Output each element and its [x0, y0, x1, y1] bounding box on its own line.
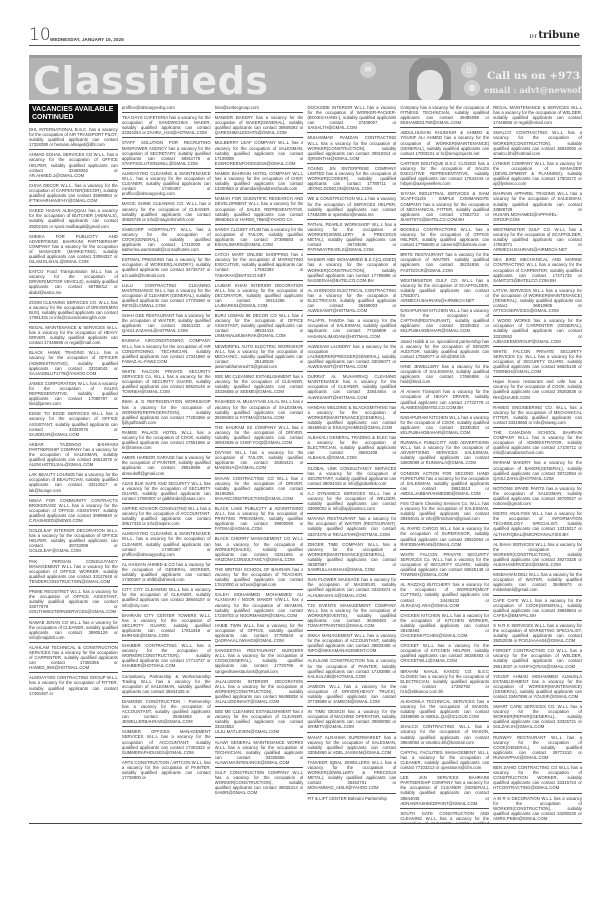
classified-ad: ALMOAYYED CLEANING & MAINTENANCE W.L.L. … — [122, 170, 211, 199]
classified-ad: MAYANA RESTAURANT has a vacancy for the … — [307, 515, 396, 539]
classified-ad: DHL INTERNATIONAL B.S.C. has a vacancy f… — [29, 126, 118, 150]
classified-ad: MUHAMMAD RAMZAN CONTRACTING W.L.L has a … — [307, 134, 396, 163]
classified-ad: AL SHONOOS ELECTRICAL CONTRACTING has a … — [307, 287, 396, 316]
classified-ad: HIND JEWELLERY has a vacancy for the occ… — [400, 363, 489, 387]
classified-ad: BLACK HAWK TRADING W.L.L has a vacancy f… — [29, 349, 118, 378]
classified-ad: Hajee house restaurant and cafe has a va… — [493, 378, 582, 402]
classified-ad: MANEER BAKERY has a vacancy for the occu… — [215, 114, 304, 138]
classified-ad: SHAH GEE RESTAURANT has a vacancy for th… — [122, 312, 211, 336]
classified-ad: NAMAH FOR SCIENTIFIC RESEARCH AND DEVELO… — [215, 195, 304, 224]
classified-ad: TANVEER IQBAL JEWELLERS W.L.L has a vaca… — [307, 759, 396, 794]
masthead: 10 WEDNESDAY, JANUARY 15, 2025 DTtribune — [29, 26, 580, 46]
classified-ad: ABDULHUSAIN KHUDHUR & AHMED & YOUSIF ALI… — [400, 129, 489, 158]
classified-ad: WHITE FALCON PRIVATE SECURITY SERVICES C… — [400, 551, 489, 580]
classified-ad: AMERI HARBOR GARAGE has a vacancy for th… — [122, 454, 211, 478]
classified-ad: SHAAN CONTRACTING CO W.L.L has a vacancy… — [215, 475, 304, 504]
classified-ad: SUN FLOWER MASSAGE has a vacancy for the… — [307, 576, 396, 600]
classified-ad: NASSER ABD MOHAMMED B.S.C(CLOSED) has a … — [307, 256, 396, 285]
classified-ad: First Charm Cleaning Services Co. W.L.L … — [400, 500, 489, 524]
classified-ad: LATVIA SERVICES W.L.L has a vacancy for … — [493, 287, 582, 316]
classified-ad: JALALUDDIN INTERIOR DECORATION W.L.L has… — [215, 678, 304, 707]
classified-ad: NADAPURAM KITCHEN W.L.L has a vacancy fo… — [400, 414, 489, 438]
classified-ad: HABIB TWIN W.L.L has a vacancy for the o… — [215, 622, 304, 646]
classified-ad: LAJBAR KHAN INTERIOR DECORATION W.L.L ha… — [215, 282, 304, 311]
classified-ad: NAMEK BAHRAIN HOTEL COMPANY W.L.L has a … — [215, 170, 304, 194]
classified-ad: MARIAM BAKERY has a vacancy for the occu… — [493, 459, 582, 483]
classified-ad: A M R S DECORATION W.L.L has a vacancy f… — [493, 795, 582, 823]
call-us-text: Call us on +973 36458394 — [487, 70, 582, 82]
classified-ad: BLACK LAKE PUBLICITY & ADVERTISING W.L.L… — [215, 505, 304, 534]
phone-icon: ▯ — [461, 62, 477, 78]
classified-ad: YOUSIF AHMAD MOHAMMED ALMUSLA ESTABLISHM… — [493, 673, 582, 702]
page-date: WEDNESDAY, JANUARY 15, 2025 — [50, 37, 124, 42]
classified-ad: NADAPURAM KITCHEN W.L.L has a vacancy fo… — [400, 307, 489, 336]
column-5: Company has a vacancy for the occupation… — [400, 104, 489, 823]
classified-ad: CARTIER BOUTIQUE B.S.C CLOSED has a vaca… — [400, 160, 489, 189]
classified-ad: AL BAHA SERVICES W.L.L has a vacancy for… — [493, 541, 582, 570]
classified-ad: ALWESAM LAUNDRY has a vacancy for the oc… — [307, 343, 396, 372]
classified-ad: ALAWI GENERAL MAINTENANCE WORKS W.L.L ha… — [215, 739, 304, 768]
classified-ad: LEE JAN SERVICES BAHRAINI PARTNERSHIP CO… — [400, 774, 489, 809]
classified-ad: SIYANA INDUSTRIAL SERVICES & SIAM SCAFFO… — [400, 190, 489, 225]
classified-ad: S N R K SERVICES W.L.L has a vacancy for… — [493, 622, 582, 646]
classified-ad: TJS EVENTS MANAGEMENT COMPANY W.L.L has … — [307, 602, 396, 631]
classified-ad: RAMEE PALACE HOTEL W.L.L has a vacancy f… — [122, 429, 211, 453]
classified-ad: WHITE FALCON PRIVATE SECURITY SERVICES C… — [493, 348, 582, 377]
brand-prefix: DT — [529, 34, 537, 40]
classified-ad: RUNWALA PUBLICITY AND ADVERTISING W.L.L … — [400, 439, 489, 468]
classified-ad: SANGEETHA RESTAURANT BURGERS W.L.L has a… — [215, 647, 304, 676]
classified-ad: DOCKSIDE INTERIOR W.L.L has a vacancy fo… — [307, 104, 396, 133]
classified-ad: NOTIONS SPARE PARTS has a vacancy for th… — [493, 485, 582, 509]
classified-ad: SEE ME CLEANING ESTABLISHMENT has a vaca… — [215, 708, 304, 737]
classifieds-columns: VACANCIES AVAILABLE CONTINUED DHL INTERN… — [29, 104, 582, 824]
classified-ad: FORGET CONTRACTING CO W.L.L has a vacanc… — [493, 647, 582, 671]
classified-ad: BRITE RESTAURANT has a vacancy for the o… — [400, 251, 489, 275]
classified-ad: ZOOM CLEANING SERVICES CO. W.L.L has a v… — [29, 299, 118, 323]
classified-ad: MAHAT ALRAHMA SUPERMARKET has a vacancy … — [307, 734, 396, 758]
classified-ad: ALKULAIB CONSTRUCTION has a vacancy for … — [307, 657, 396, 681]
classified-ad: FIT & LIFT CENTER Bahraini Partnership — [307, 795, 396, 803]
classified-ad: REGAL MAINTENANCE & SERVICES W.L.L has a… — [493, 104, 582, 128]
classified-ad: CONDON ACTION FOR SECOND HAND FURNITURE … — [400, 470, 489, 499]
email-text: email : advt@newsofbahrain.com — [484, 86, 582, 96]
classified-ad: ALMOAYYED CONTRACTING GROUP W.L.L has a … — [29, 674, 118, 697]
classified-ad: AL RAFID CARGO W.L.L has a vacancy for t… — [400, 525, 489, 549]
classified-ad: INMA & G REFRIGERATION WORKSHOP has a va… — [122, 398, 211, 427]
brand-name: tribune — [538, 30, 580, 41]
classified-ad: SANDY CLOSET ATLIM has a vacancy for the… — [215, 226, 304, 250]
classified-ad: NEWDIRFEL AUTO ELECTRIC WORKSHOP W.L.L h… — [215, 343, 304, 372]
classified-ad: WESTMINSTER GULF CO. W.L.L has a vacancy… — [493, 226, 582, 255]
classified-ad: GULF CONSTRUCTION COMPANY W.L.L has a va… — [215, 769, 304, 797]
classified-ad: AHMAD SOHAIL SERVICES CO W.L.L. has a va… — [29, 151, 118, 180]
classified-ad: CHIVA DECOR W.L.L. has a vacancy for the… — [29, 182, 118, 206]
classified-ad: GLOBAL LINK CONSULTANCY SERVICES has a v… — [307, 465, 396, 489]
classified-ad: SUMMER OFFICES MANAGEMENT SERVICES W.L.L… — [122, 728, 211, 757]
classified-ad: ESTIMAL PRESSING has a vacancy for the o… — [122, 256, 211, 280]
classified-ad: GOLDLEAF INTERIOR DECORATION W.L.L has a… — [29, 527, 118, 556]
classified-ad: CITY CITY CLEANING W.L.L has a vacancy f… — [122, 586, 211, 610]
classified-ad: MISBAHIAN DELI W.L.L has a vacancy for t… — [493, 571, 582, 595]
classified-ad: ZINGER TIME COMPANY W.L.L has a vacancy … — [307, 541, 396, 576]
classified-ad: RAWEG ENGINEERING CO. W.L.L has a vacanc… — [493, 404, 582, 428]
avatar-illustration — [409, 56, 451, 100]
classified-ad: LAK BEAUTY LOUNGE has a vacancy for the … — [29, 471, 118, 495]
classified-ad: LULU CONTRACTING CLEANING MAINTENANCE W.… — [122, 282, 211, 311]
classified-ad: ALAHLAM TECHNICAL & CONSTRUCTION SERVICE… — [29, 644, 118, 673]
classified-ad: SHEIKA FOR PUBLICITY AND ADVERTISING BAH… — [29, 233, 118, 268]
column-6: REGAL MAINTENANCE & SERVICES W.L.L has a… — [493, 104, 582, 823]
column-1: VACANCIES AVAILABLE CONTINUED DHL INTERN… — [29, 104, 118, 823]
classified-ad: SHABBIR CONTRACTING W.L.L has a vacancy … — [122, 642, 211, 671]
classified-ad: REGAL MAINTENANCE & SERVICES W.L.L has a… — [29, 324, 118, 348]
classified-ad: BAHRAIN APPAREL TRADING W.L.L has a vaca… — [493, 190, 582, 225]
classified-ad: SOUTH GATE CONSTRUCTION AND CLEANING W.L… — [400, 810, 489, 823]
classified-ad: RASHEED AL MUSAYYAB JALAL W.L.L has a va… — [215, 398, 304, 422]
classified-ad: JAMES CORPORATION W.L.L has a vacancy fo… — [29, 380, 118, 409]
column-3: bina@unitecgroup.comMANEER BAKERY has a … — [215, 104, 304, 823]
classified-ad: SIKKA MANAGEMENT W.L.L has a vacancy for… — [307, 632, 396, 656]
column-2: proffice@almoayyedcg.comTEA DAYS CAFETER… — [122, 104, 211, 823]
classified-ad: MAGIC SHINE CLEANING CO. W.L.L has a vac… — [122, 200, 211, 224]
classified-ad: ASPIRE ADVISOR CONSULTING W.L.L has a va… — [122, 505, 211, 529]
classified-ad: AL RAZZAQ BUTCHERY has a vacancy for the… — [400, 581, 489, 610]
classified-ad: THE KHURAM SS COMPANY W.L.L has a vacanc… — [215, 424, 304, 448]
classified-ad: BURJ USMAN 88 DECOR CO W.L.L has a vacan… — [215, 312, 304, 341]
classified-ad: THE BRITISH SCHOOL OF BAHRAIN has a vaca… — [215, 566, 304, 590]
classified-ad: Company has a vacancy for the occupation… — [400, 104, 489, 128]
classified-ad: ALKHOWLA TECHNICAL SERVICES has a vacanc… — [400, 698, 489, 722]
classified-ad: SEA BIRD MECHANICAL AND MARINE CONTRACTI… — [493, 256, 582, 285]
brand-logo: DTtribune — [529, 30, 580, 41]
classified-ad: Javed Habib & co. specialized partnershi… — [400, 338, 489, 362]
classified-ad: SALEH MOHAMMED MOHAMMED ALI ALANSARI / N… — [215, 591, 304, 620]
classified-ad: CRICKET W.L.L has a vacancy for the occu… — [400, 642, 489, 666]
classified-ad: Al Ameen Transport has a vacancy for the… — [400, 388, 489, 412]
classified-ad: BAHRAIN CITY CENTER TOWERS W.L.L has a v… — [122, 612, 211, 641]
classified-ad: Consultancy Partnership & Worksmanship T… — [122, 673, 211, 697]
classified-ad: WESTMINSTER GULF CO. W.L.L has a vacancy… — [400, 277, 489, 306]
classified-ad: IBRAHIM KHALIL KANOO CO. B.S.C CLOSED ha… — [400, 668, 489, 697]
classified-ad: PATHAL PEARLS WORKSHOP W.L.L has a vacan… — [307, 221, 396, 256]
classified-ad: BLACK CHERRY MANAGEMENT CO W.L.L has a v… — [215, 535, 304, 564]
classified-ad: SEE ME CLEANING ESTABLISHMENT has a vaca… — [215, 373, 304, 397]
classified-ad: CATCH MART ONLINE SHOPPING has a vacancy… — [215, 251, 304, 280]
classified-ad: FALAFFL FAWZIA has a vacancy for the occ… — [307, 317, 396, 341]
classified-ad: HANDAN WELDING & BLACKSMITHING has a vac… — [307, 404, 396, 433]
classified-ad: MICRO ANALYSIS W.L.L has a vacancy for t… — [493, 510, 582, 539]
classified-ad: JAMEON W.L.L has a vacancy for the occup… — [307, 683, 396, 707]
classified-ad: bina@unitecgroup.com — [215, 104, 304, 113]
classified-ad: ASAS BUK SAFE AND SECURITY W.L.L has a v… — [122, 480, 211, 504]
classified-ad: SMALCO CONTRACTING W.L.L has a vacancy f… — [493, 129, 582, 158]
classified-ad: CAFE CAFE W.L.L has a vacancy for the oc… — [493, 597, 582, 621]
classified-ad: AL HASSAN AHMED & CO has a vacancy for t… — [122, 561, 211, 585]
classified-ad: MULBERRY LEAF COMPANY W.L.L has a vacanc… — [215, 139, 304, 168]
classified-ad: SAMCORP HOSPITALITY W.L.L has a vacancy … — [122, 226, 211, 255]
classified-ad: SMART CARE SERVICES CO. W.L.L has a vaca… — [493, 703, 582, 732]
banner-title: Classifieds — [33, 61, 268, 100]
classified-ad: SAEED HASAN ALBAQQALI has a vacancy for … — [29, 207, 118, 231]
classified-ad: WE & CONSTRUCTION W.L.L has a vacancy fo… — [307, 195, 396, 219]
classified-ad: BASMAA AIRCONDITIONING COMPANY W.L.L has… — [122, 337, 211, 366]
classified-ad: IN TIME DESIGN has a vacancy for the occ… — [307, 708, 396, 732]
classified-ad: A.J DYNAMICS SERVICES W.L.L has a vacanc… — [307, 490, 396, 514]
classified-ad: DURRAT AL MUHARRAQ CLEANING MAINTENANCE … — [307, 373, 396, 402]
classified-ad: RUNWAY RESTAURANT W.L.L has a vacancy fo… — [493, 734, 582, 763]
classifieds-banner: Classifieds ✉ ▯ ◍ Call us on +973 364583… — [29, 55, 582, 100]
classified-ad: I WOOD WORKS has a vacancy for the occup… — [493, 317, 582, 346]
classified-ad: DIVYAM W.L.L has a vacancy for the occup… — [215, 449, 304, 473]
classified-ad: BOOKELI CONTRACTORS W.L.L has a vacancy … — [400, 226, 489, 250]
avatar-face — [417, 70, 443, 100]
classified-ad: PAK PERSIAN CONSULTANCY MANAGEMENT W.L.L… — [29, 558, 118, 587]
classified-ad: NIBAA FOR COMMUNITY CONTRACTS BROKERAGE … — [29, 497, 118, 526]
classified-ad: ARTS CONSTRUCTION / ARTCON W.L.L has a v… — [122, 759, 211, 782]
classified-ad: LYNKER COMPANY W.L.L has a vacancy for t… — [493, 160, 582, 189]
classified-ad: AKBAR TAJDINOO BAHRAINI PARTNERSHIP COMP… — [29, 441, 118, 470]
classified-ad: THE CANADIAN SCHOOL BAHRAIN COMPANY W.L.… — [493, 429, 582, 458]
section-heading: VACANCIES AVAILABLE CONTINUED — [29, 104, 118, 123]
classified-ad: DIAMOND CONSTRUCTION - Partnership has a… — [122, 698, 211, 727]
classified-ad: proffice@almoayyedcg.com — [122, 104, 211, 113]
email-icon: ✉ — [360, 62, 376, 78]
classified-ad: EDGE TO EDGE SERVICES W.L.L has a vacanc… — [29, 410, 118, 439]
column-4: DOCKSIDE INTERIOR W.L.L has a vacancy fo… — [307, 104, 396, 823]
classified-ad: EATCO Food Transportation W.L.L has a va… — [29, 268, 118, 297]
classified-ad: CHICKEN KITCHEN W.L.L has a vacancy for … — [400, 612, 489, 641]
classified-ad: TEA DAYS CAFETERIA has a vacancy for the… — [122, 114, 211, 138]
page-number: 10 — [29, 26, 51, 44]
classified-ad: SHALCO CONTRACTING W.L.L has a vacancy f… — [400, 723, 489, 747]
classified-ad: NAWAB JENAN CO W.L.L has a vacancy for t… — [29, 619, 118, 643]
classified-ad: YOUNG JIN ENTERPRISE COMPANY LIMITED has… — [307, 165, 396, 194]
classified-ad: ALMOAYYED CLEANING & MAINTENANCE W.L.L. … — [122, 530, 211, 559]
classified-ad: PRIME REGISTRET W.L.L has a vacancy for … — [29, 588, 118, 617]
globe-icon: ◍ — [464, 80, 480, 96]
classified-ad: CAPITAL FACILITIES MANAGEMENT W.L.L has … — [400, 749, 489, 773]
classified-ad: BEN ZAHID CONTRACTING CO W.L.L has a vac… — [493, 764, 582, 793]
classified-ad: WHITE FALCON PRIVATE SECURITY SERVICES C… — [122, 368, 211, 397]
classified-ad: ALBAKALI GENERAL TRADING & ELEC has a va… — [307, 434, 396, 463]
classified-ad: STAFF SOLUTION FOR RECRUITING MANPOWER A… — [122, 139, 211, 168]
